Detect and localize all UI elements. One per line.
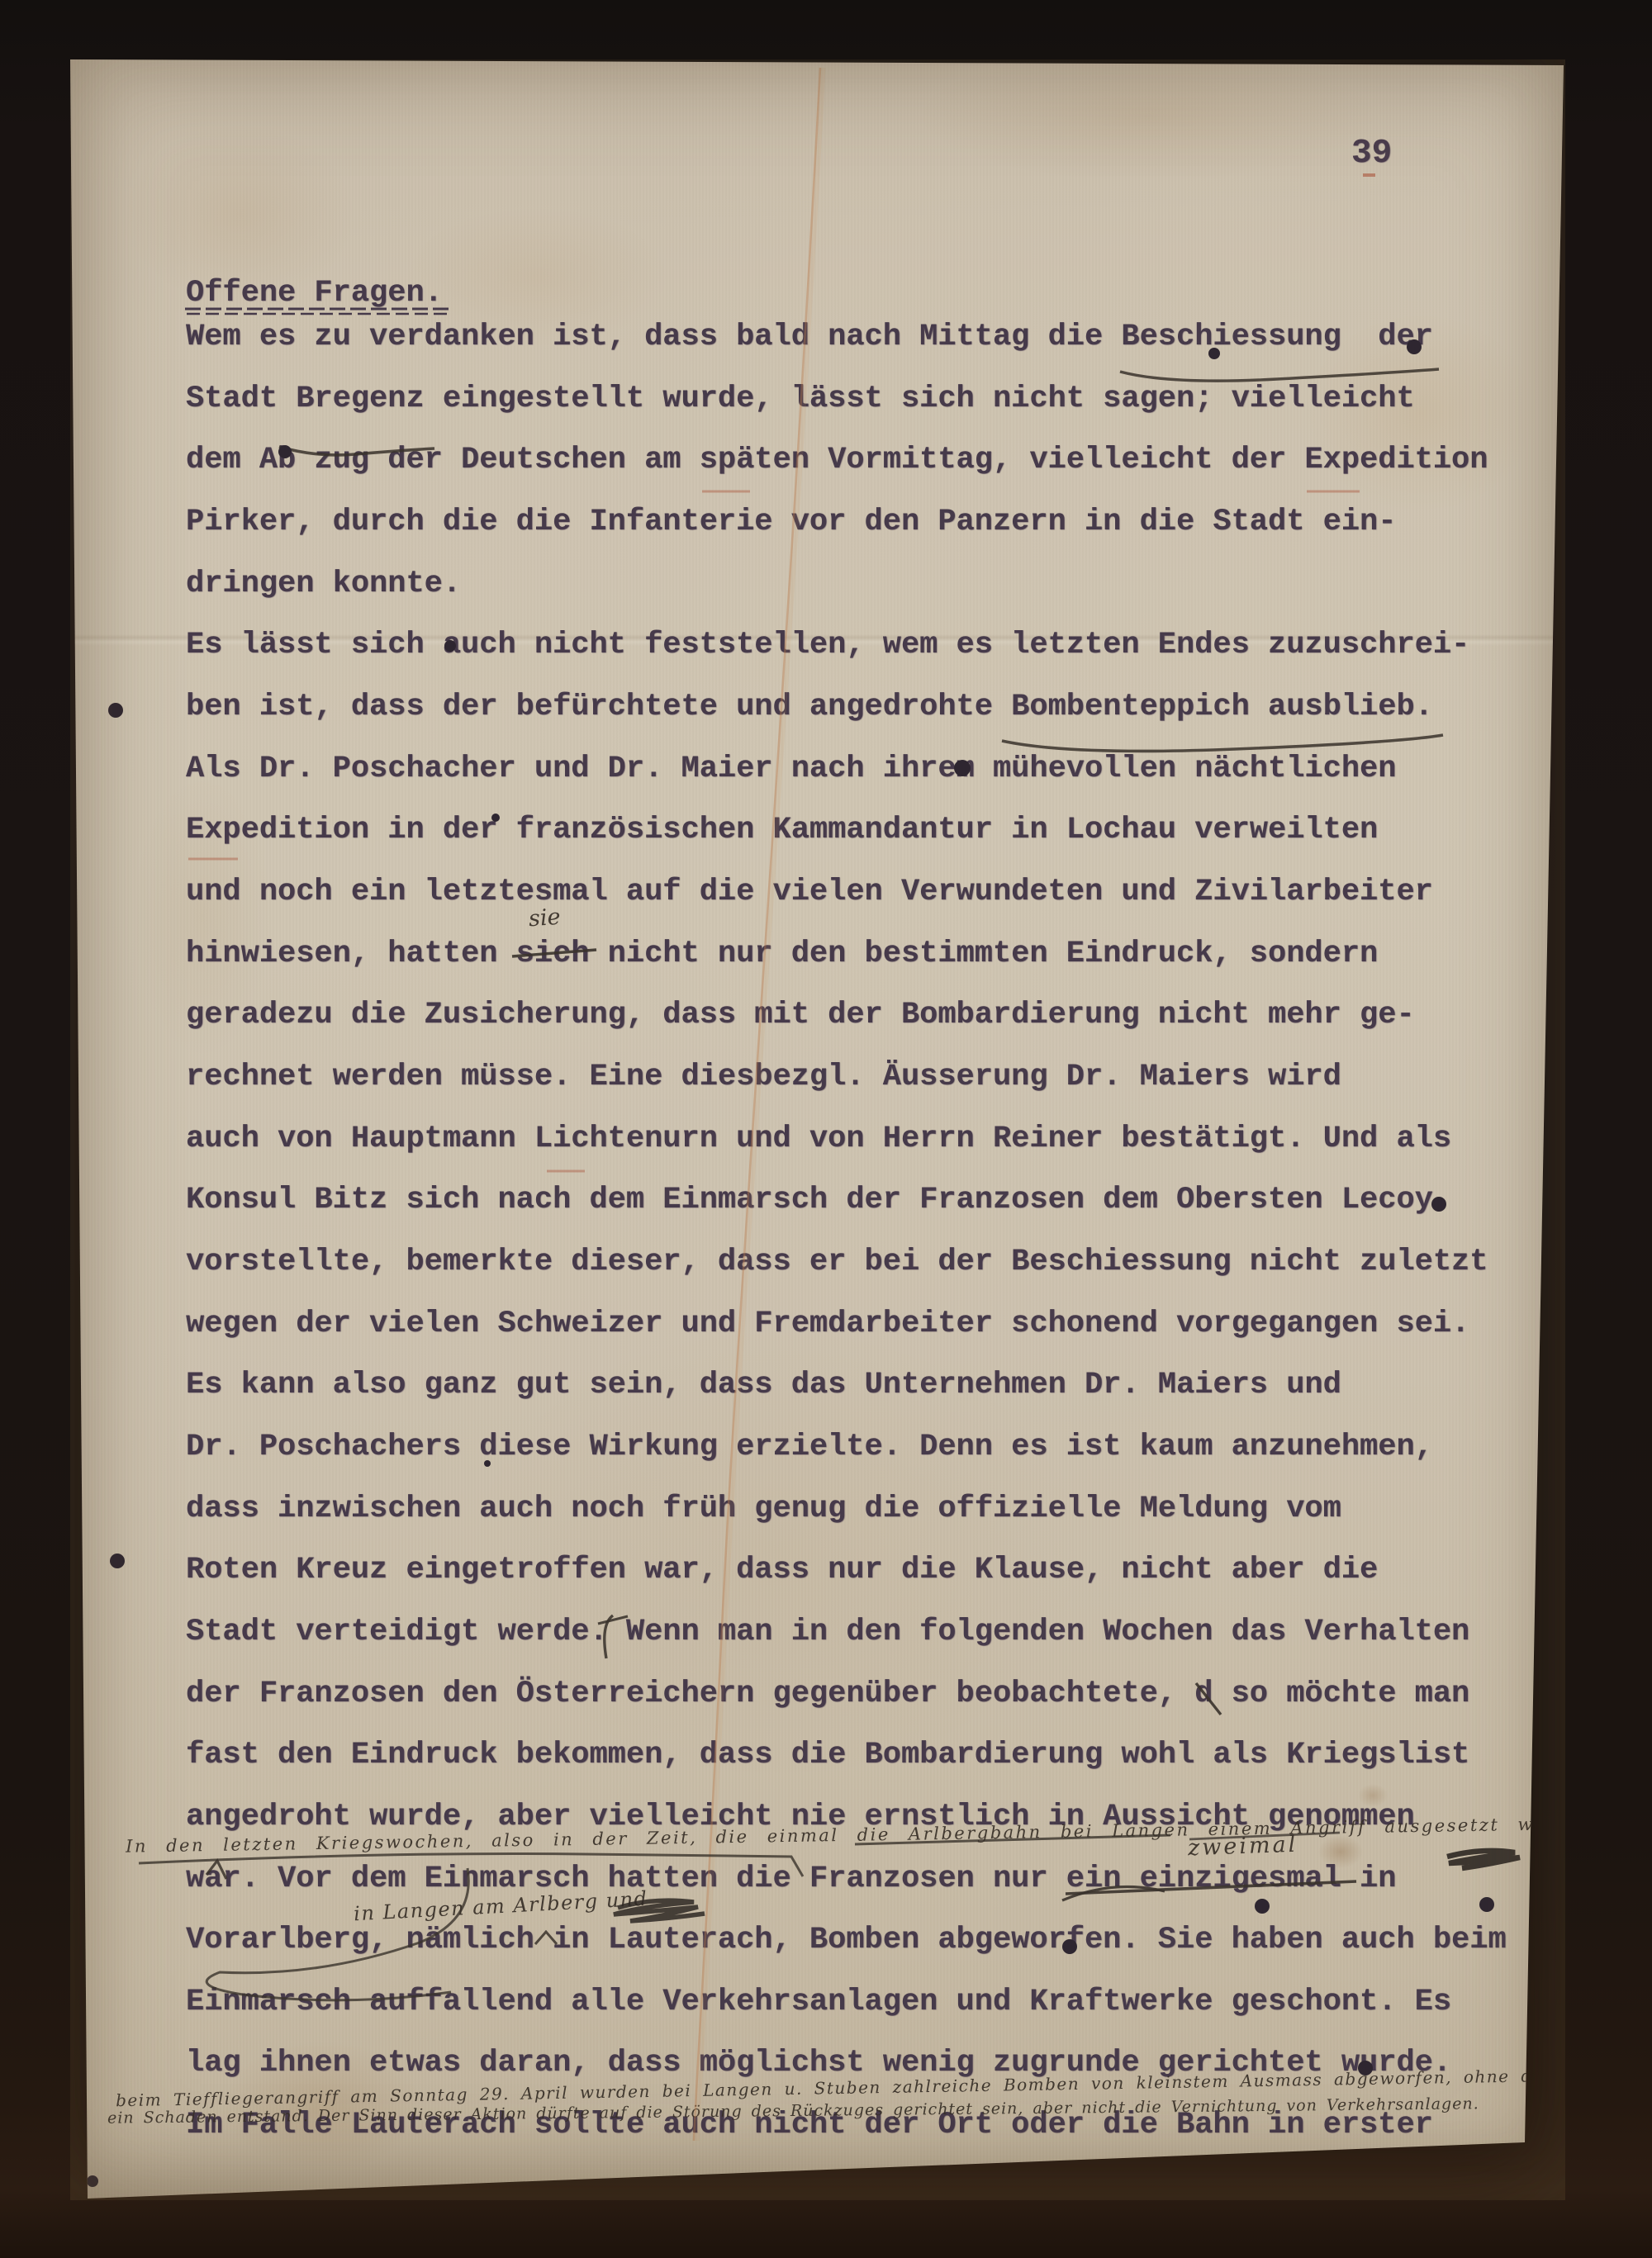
typed-line: Es kann also ganz gut sein, dass das Unt… — [186, 1370, 1341, 1401]
typed-line: vorstellte, bemerkte dieser, dass er bei… — [186, 1247, 1488, 1278]
stain — [917, 50, 1379, 182]
typed-line: und noch ein letztesmal auf die vielen V… — [186, 877, 1433, 908]
typed-line: Dr. Poschachers diese Wirkung erzielte. … — [186, 1432, 1433, 1463]
typed-line: rechnet werden müsse. Eine diesbezgl. Äu… — [186, 1062, 1341, 1093]
pen-underline-beschiessung — [1120, 369, 1439, 381]
typed-line: war. Vor dem Einmarsch hatten die Franzo… — [186, 1864, 1396, 1895]
typed-line: Es lässt sich auch nicht feststellen, we… — [186, 630, 1469, 661]
document-page: 39 Offene Fragen. Wem es zu verdanken is… — [0, 0, 1652, 2258]
typed-line: hinwiesen, hatten sich nicht nur den bes… — [186, 939, 1378, 970]
typed-line: dringen konnte. — [186, 569, 461, 600]
typed-line: Vorarlberg, nämlich in Lauterach, Bomben… — [186, 1925, 1507, 1956]
typed-line: Konsul Bitz sich nach dem Einmarsch der … — [186, 1185, 1433, 1216]
typed-line: Stadt Bregenz eingestellt wurde, lässt s… — [186, 384, 1415, 415]
typed-line: Einmarsch auffallend alle Verkehrsanlage… — [186, 1987, 1451, 2018]
ink-dot — [1255, 1899, 1270, 1914]
ink-dot — [87, 2175, 98, 2187]
typed-line: Als Dr. Poschacher und Dr. Maier nach ih… — [186, 754, 1396, 785]
ink-blot — [1431, 1197, 1446, 1212]
typed-line: auch von Hauptmann Lichtenurn und von He… — [186, 1124, 1451, 1155]
typed-line: fast den Eindruck bekommen, dass die Bom… — [186, 1740, 1469, 1771]
typed-line: geradezu die Zusicherung, dass mit der B… — [186, 1000, 1415, 1031]
ink-dot — [108, 703, 123, 718]
pen-underline-bombenteppich — [1002, 735, 1443, 751]
typed-line: Pirker, durch die die Infanterie vor den… — [186, 507, 1396, 538]
ink-dot — [110, 1554, 125, 1568]
handwritten-word-sie: sie — [528, 904, 562, 932]
typed-line: Stadt verteidigt werde. Wenn man in den … — [186, 1617, 1469, 1648]
typed-line: dem Ab zug der Deutschen am späten Vormi… — [186, 445, 1488, 476]
typed-line: der Franzosen den Österreichern gegenübe… — [186, 1679, 1469, 1710]
typed-line: Roten Kreuz eingetroffen war, dass nur d… — [186, 1555, 1378, 1586]
typed-line: ben ist, dass der befürchtete und angedr… — [186, 692, 1433, 723]
typed-line: wegen der vielen Schweizer und Fremdarbe… — [186, 1309, 1469, 1340]
document-heading: Offene Fragen. — [186, 278, 443, 309]
typed-line: Expedition in der französischen Kammanda… — [186, 815, 1378, 846]
scribble-blot — [1447, 1851, 1520, 1868]
ink-dot — [1479, 1897, 1494, 1912]
photo-backdrop: 39 Offene Fragen. Wem es zu verdanken is… — [0, 0, 1652, 2258]
typed-line: Wem es zu verdanken ist, dass bald nach … — [186, 322, 1433, 353]
typed-line: dass inzwischen auch noch früh genug die… — [186, 1494, 1341, 1525]
page-number: 39 — [1351, 137, 1392, 171]
